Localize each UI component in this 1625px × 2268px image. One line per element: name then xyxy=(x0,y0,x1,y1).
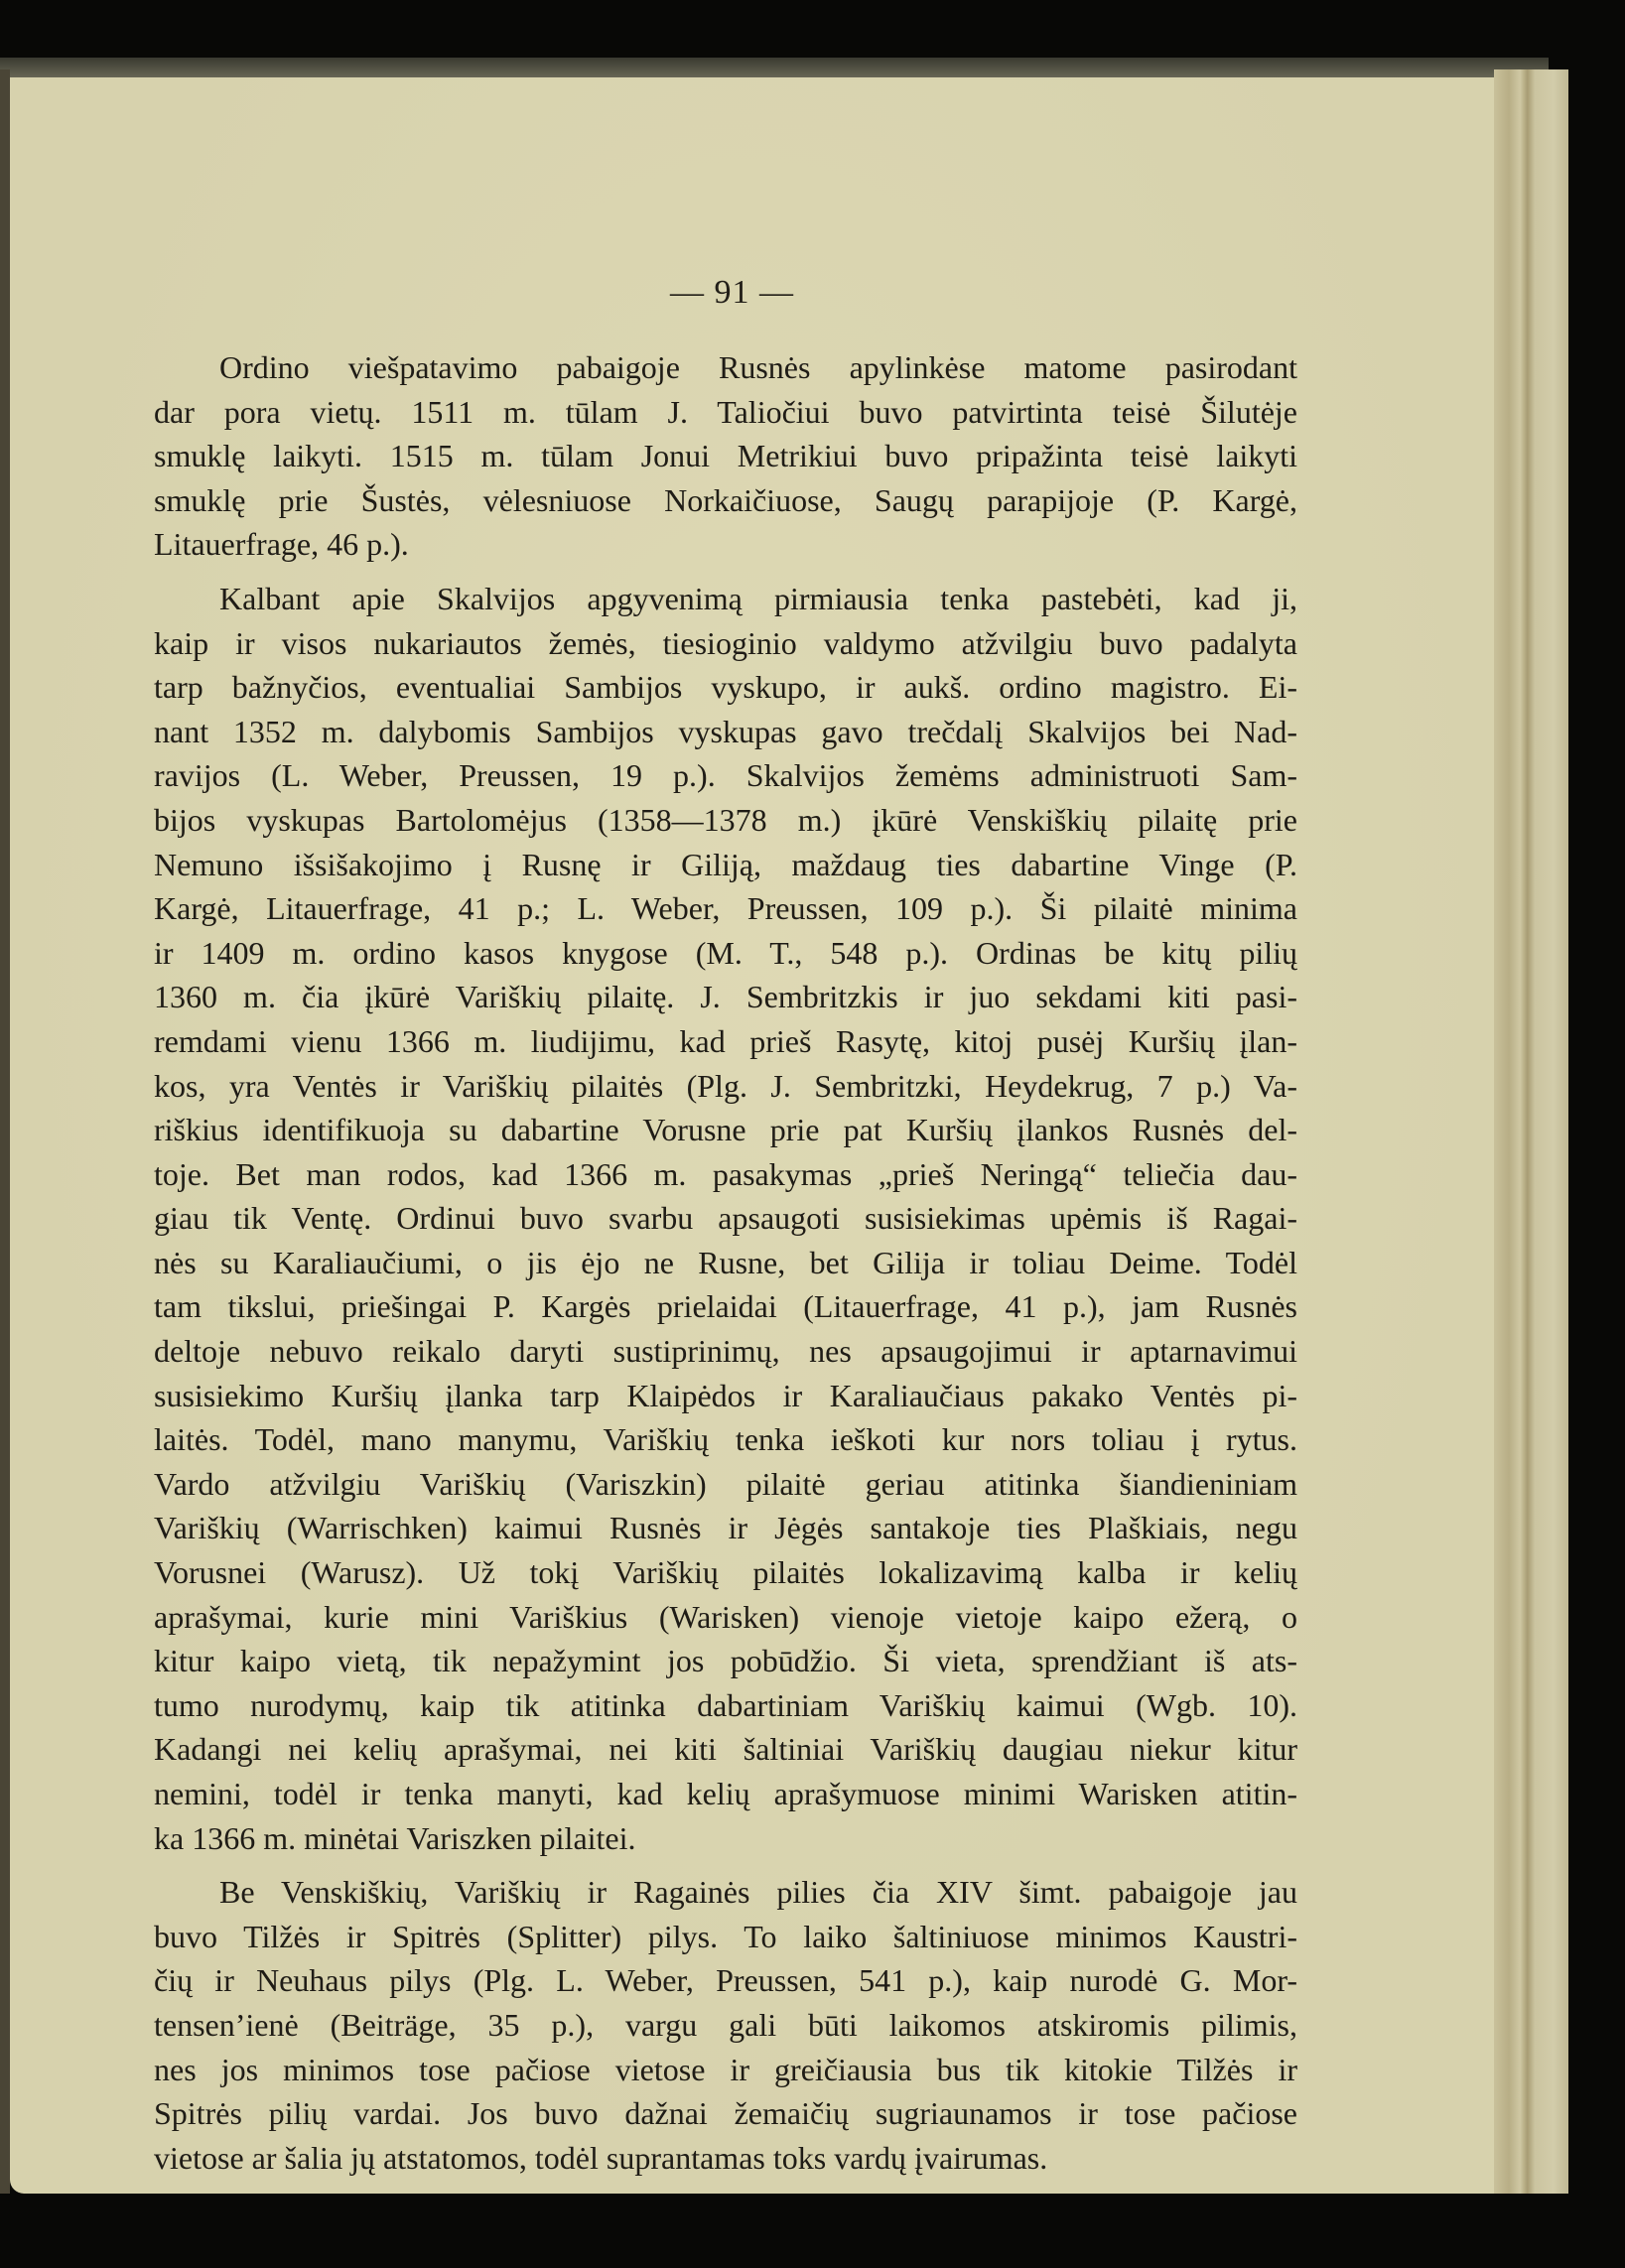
paragraph-1: Ordino viešpatavimo pabaigoje Rusnės apy… xyxy=(154,345,1297,567)
text-line: aprašymai, kurie mini Variškius (Wariske… xyxy=(154,1595,1297,1640)
text-line: deltoje nebuvo reikalo daryti sustiprini… xyxy=(154,1329,1297,1374)
page-stack-edge xyxy=(1494,69,1568,2194)
page-number: — 91 — xyxy=(10,274,1454,312)
text-line: nant 1352 m. dalybomis Sambijos vyskupas… xyxy=(154,710,1297,754)
text-line: tarp bažnyčios, eventualiai Sambijos vys… xyxy=(154,665,1297,710)
text-line: remdami vienu 1366 m. liudijimu, kad pri… xyxy=(154,1019,1297,1064)
text-line: vietose ar šalia jų atstatomos, todėl su… xyxy=(154,2136,1297,2181)
text-line: Ordino viešpatavimo pabaigoje Rusnės apy… xyxy=(154,345,1297,390)
text-line: buvo Tilžės ir Spitrės (Splitter) pilys.… xyxy=(154,1915,1297,1959)
text-line: Kadangi nei kelių aprašymai, nei kiti ša… xyxy=(154,1727,1297,1772)
text-line: kitur kaipo vietą, tik nepažymint jos po… xyxy=(154,1639,1297,1683)
text-line: Nemuno išsišakojimo į Rusnę ir Giliją, m… xyxy=(154,843,1297,887)
text-line: nes jos minimos tose pačiose vietose ir … xyxy=(154,2048,1297,2092)
text-line: ravijos (L. Weber, Preussen, 19 p.). Ska… xyxy=(154,753,1297,798)
text-line: Vorusnei (Warusz). Už tokį Variškių pila… xyxy=(154,1550,1297,1595)
text-line: Litauerfrage, 46 p.). xyxy=(154,522,1297,567)
text-line: nemini, todėl ir tenka manyti, kad kelių… xyxy=(154,1772,1297,1816)
text-line: Vardo atžvilgiu Variškių (Variszkin) pil… xyxy=(154,1462,1297,1507)
body-text: Ordino viešpatavimo pabaigoje Rusnės apy… xyxy=(154,345,1297,2190)
text-line: nės su Karaliaučiumi, o jis ėjo ne Rusne… xyxy=(154,1241,1297,1285)
text-line: toje. Bet man rodos, kad 1366 m. pasakym… xyxy=(154,1152,1297,1197)
text-line: ka 1366 m. minėtai Variszken pilaitei. xyxy=(154,1816,1297,1861)
text-line: giau tik Ventę. Ordinui buvo svarbu apsa… xyxy=(154,1196,1297,1241)
text-line: Spitrės pilių vardai. Jos buvo dažnai že… xyxy=(154,2091,1297,2136)
text-line: kaip ir visos nukariautos žemės, tiesiog… xyxy=(154,621,1297,666)
text-line: 1360 m. čia įkūrė Variškių pilaitę. J. S… xyxy=(154,975,1297,1019)
text-line: Variškių (Warrischken) kaimui Rusnės ir … xyxy=(154,1506,1297,1550)
text-line: bijos vyskupas Bartolomėjus (1358—1378 m… xyxy=(154,798,1297,843)
text-line: laitės. Todėl, mano manymu, Variškių ten… xyxy=(154,1417,1297,1462)
book-cover-top-edge xyxy=(0,58,1549,79)
text-line: Kargė, Litauerfrage, 41 p.; L. Weber, Pr… xyxy=(154,886,1297,931)
text-line: tumo nurodymų, kaip tik atitinka dabarti… xyxy=(154,1683,1297,1728)
text-line: kos, yra Ventės ir Variškių pilaitės (Pl… xyxy=(154,1064,1297,1109)
text-line: čių ir Neuhaus pilys (Plg. L. Weber, Pre… xyxy=(154,1958,1297,2003)
text-line: dar pora vietų. 1511 m. tūlam J. Talioči… xyxy=(154,390,1297,435)
text-line: tensen’ienė (Beiträge, 35 p.), vargu gal… xyxy=(154,2003,1297,2048)
text-line: Kalbant apie Skalvijos apgyvenimą pirmia… xyxy=(154,577,1297,621)
text-line: smuklę prie Šustės, vėlesniuose Norkaiči… xyxy=(154,478,1297,523)
text-line: Be Venskiškių, Variškių ir Ragainės pili… xyxy=(154,1870,1297,1915)
paragraph-3: Be Venskiškių, Variškių ir Ragainės pili… xyxy=(154,1870,1297,2180)
book-cover-left-edge xyxy=(0,69,10,2194)
paragraph-2: Kalbant apie Skalvijos apgyvenimą pirmia… xyxy=(154,577,1297,1860)
text-line: ir 1409 m. ordino kasos knygose (M. T., … xyxy=(154,931,1297,976)
book-page: — 91 — Ordino viešpatavimo pabaigoje Rus… xyxy=(10,77,1494,2194)
text-line: susisiekimo Kuršių įlanka tarp Klaipėdos… xyxy=(154,1374,1297,1418)
text-line: smuklę laikyti. 1515 m. tūlam Jonui Metr… xyxy=(154,434,1297,478)
text-line: tam tikslui, priešingai P. Kargės priela… xyxy=(154,1284,1297,1329)
scanned-book-scene: — 91 — Ordino viešpatavimo pabaigoje Rus… xyxy=(0,0,1625,2268)
text-line: riškius identifikuoja su dabartine Vorus… xyxy=(154,1108,1297,1152)
